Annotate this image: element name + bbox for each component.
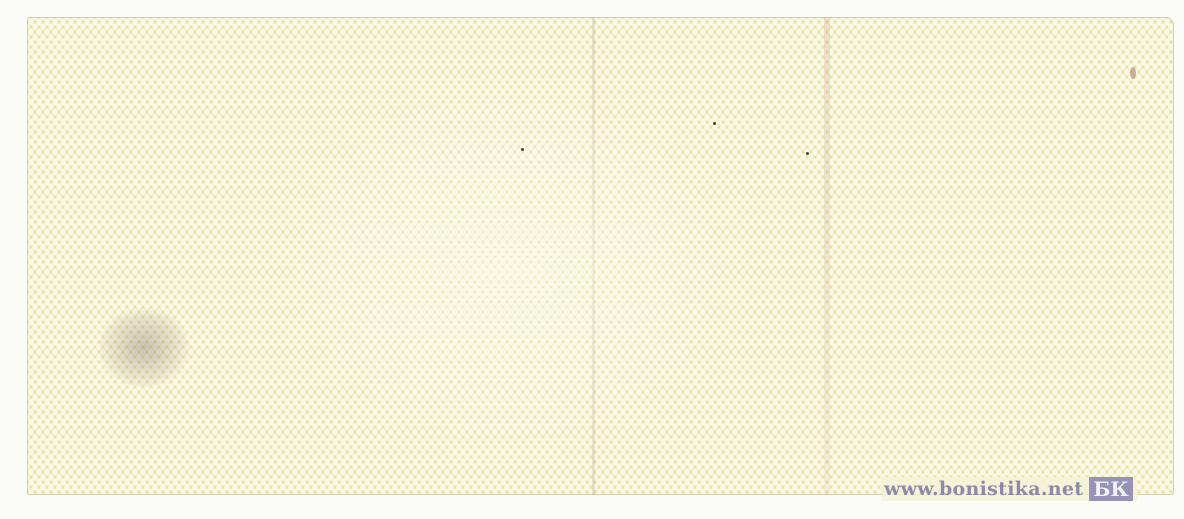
- speck: [806, 152, 809, 155]
- watermark: www.bonistika.net БК: [882, 477, 1137, 501]
- speck: [713, 122, 716, 125]
- stain-mark: [99, 307, 189, 387]
- worn-area: [247, 57, 767, 477]
- banknote-reverse: [27, 17, 1174, 495]
- fold-line: [592, 17, 595, 495]
- speck: [521, 148, 524, 151]
- scanned-banknote-image: www.bonistika.net БК: [0, 0, 1184, 519]
- watermark-logo: БК: [1089, 477, 1132, 501]
- stain-mark: [1130, 67, 1136, 79]
- fold-line: [824, 17, 830, 495]
- watermark-url: www.bonistika.net: [884, 478, 1083, 500]
